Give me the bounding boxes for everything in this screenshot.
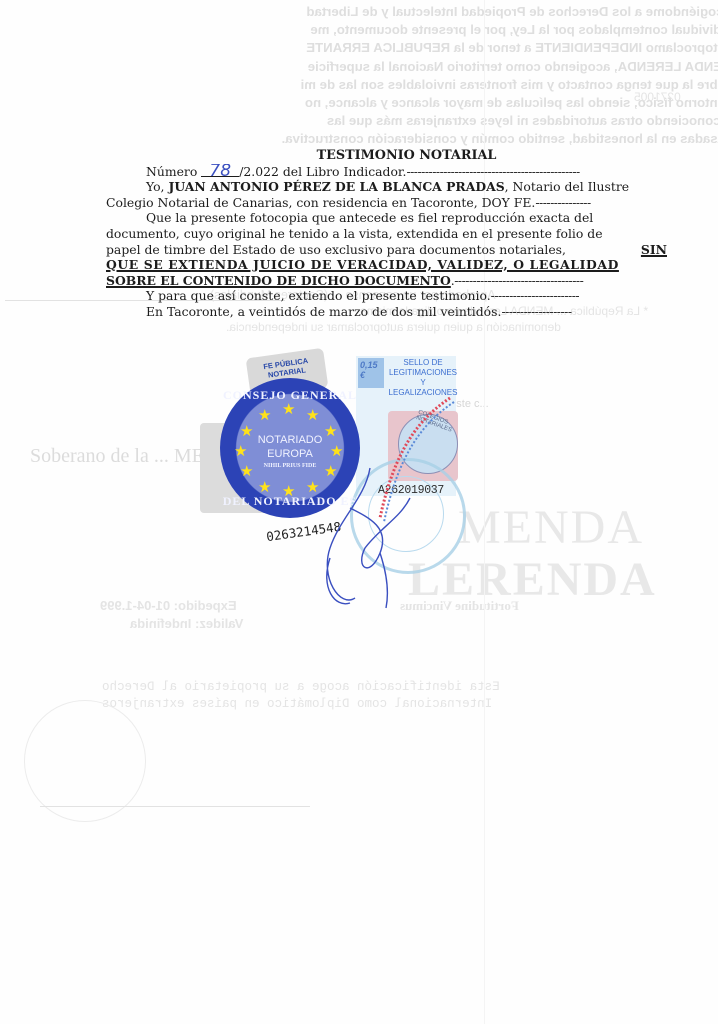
bleed-side-code: 0271005 [634,90,681,104]
star-icon: ★ [324,424,337,439]
numero-suffix: /2.022 del Libro Indicador. [239,164,406,179]
bleed-line: reconociendo otras autoridades ni leyes … [275,112,718,130]
closing-text-2: En Tacoronte, a veintidós de marzo de do… [146,304,501,319]
star-icon: ★ [306,408,319,423]
bleed-denomination: denominación a quien quiera autoproclama… [226,320,561,334]
disclaimer-start: SIN [641,242,667,258]
testimony-title: TESTIMONIO NOTARIAL [146,148,667,164]
body-text-3: papel de timbre del Estado de uso exclus… [106,242,566,258]
bleed-line: autoproclamo INDEPENDIENTE a tenor de la… [275,39,718,57]
scanned-page: Acogiéndome a los Derechos de Propiedad … [0,0,718,1024]
disclaimer-line-3: SOBRE EL CONTENIDO DE DICHO DOCUMENTO.--… [106,273,667,289]
disclaimer-end: SOBRE EL CONTENIDO DE DICHO DOCUMENTO [106,273,451,288]
notary-line: Yo, JUAN ANTONIO PÉREZ DE LA BLANCA PRAD… [106,179,667,195]
bleed-line: Acogiéndome a los Derechos de Propiedad … [275,3,718,21]
closing-line-1: Y para que así conste, extiendo el prese… [106,288,667,304]
body-line-3: papel de timbre del Estado de uso exclus… [106,242,667,258]
star-icon: ★ [258,408,271,423]
bleed-line: basadas en la honestidad, sentido común … [275,130,718,148]
closing-line-2: En Tacoronte, a veintidós de marzo de do… [106,304,667,320]
stamps-and-seals: FE PÚBLICA NOTARIAL 0,15 € SELLO DE LEGI… [200,348,500,648]
handwritten-number: 78 [201,166,239,177]
bleed-mono-1: Esta identificación acoge a su propietar… [102,680,500,694]
closing-text-1: Y para que así conste, extiendo el prese… [146,288,491,303]
body-line-1: Que la presente fotocopia que antecede e… [106,210,667,226]
bleed-line: individual contemplados por la Ley, por … [275,21,718,39]
numero-line: Número 78/2.022 del Libro Indicador.----… [106,164,667,180]
bleed-signature-line [40,806,310,807]
body-line-2: documento, cuyo original he tenido a la … [106,226,667,242]
star-icon: ★ [258,480,271,495]
notary-name: JUAN ANTONIO PÉREZ DE LA BLANCA PRADAS [168,179,504,194]
bleed-line: MENDA LERENDA, acogiendo como territorio… [275,58,718,76]
stamp-value: 0,15 € [358,358,384,388]
numero-label: Número [146,164,197,179]
bleed-mono-2: Internacional como Diplomático en países… [102,697,492,711]
star-icon: ★ [282,484,295,499]
notarial-testimony: TESTIMONIO NOTARIAL Número 78/2.022 del … [106,148,667,320]
bleed-circle-stamp [24,700,146,822]
star-icon: ★ [240,464,253,479]
disclaimer-line-2: QUE SE EXTIENDA JUICIO DE VERACIDAD, VAL… [106,257,667,273]
star-icon: ★ [282,402,295,417]
college-text: Colegio Notarial de Canarias, con reside… [106,195,535,210]
bleed-through-paragraph: Acogiéndome a los Derechos de Propiedad … [275,3,718,149]
star-icon: ★ [234,444,247,459]
notary-signature [310,458,420,618]
college-line: Colegio Notarial de Canarias, con reside… [106,195,667,211]
notary-title: , Notario del Ilustre [505,179,629,194]
star-icon: ★ [240,424,253,439]
notary-intro: Yo, [146,179,165,194]
